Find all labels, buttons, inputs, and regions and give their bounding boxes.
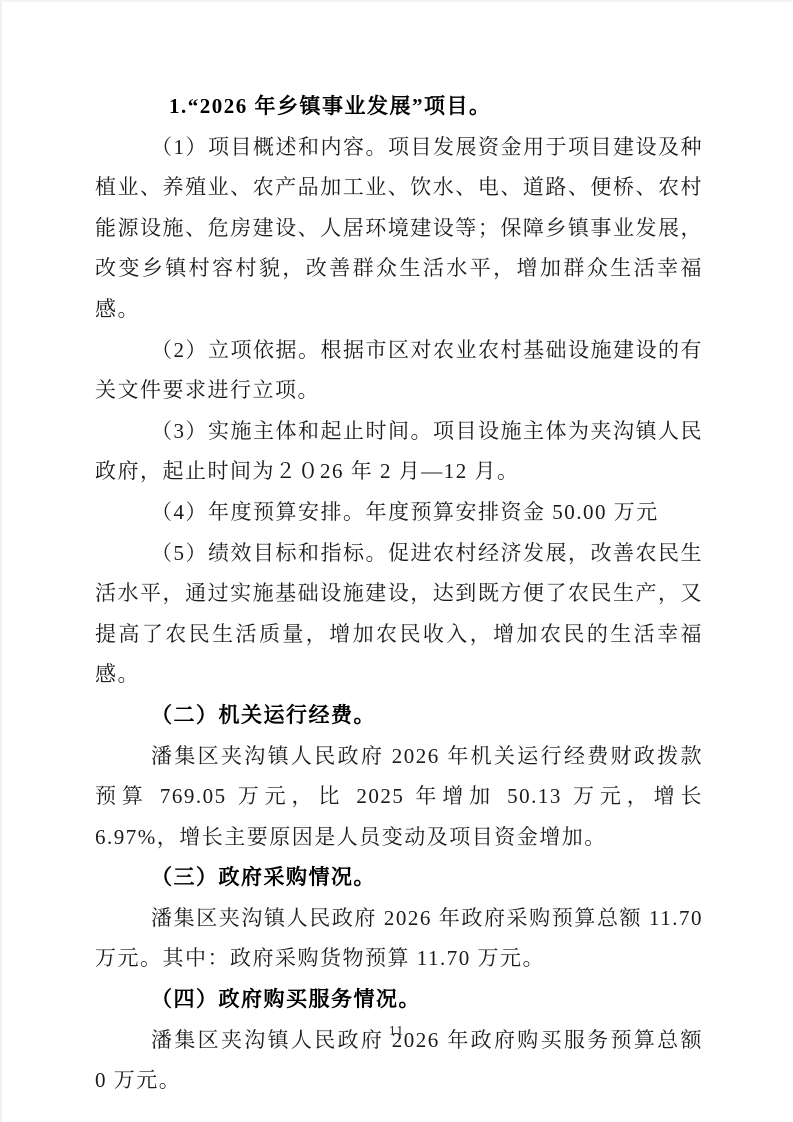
paragraph-annual-budget: （4）年度预算安排。年度预算安排资金 50.00 万元 <box>95 492 703 533</box>
page-number: 11 <box>0 1024 793 1040</box>
paragraph-government-procurement: 潘集区夹沟镇人民政府 2026 年政府采购预算总额 11.70 万元。其中：政府… <box>95 898 703 979</box>
heading-government-procurement: （三）政府采购情况。 <box>95 857 703 898</box>
paragraph-performance-goals: （5）绩效目标和指标。促进农村经济发展，改善农民生活水平，通过实施基础设施建设，… <box>95 533 703 695</box>
paragraph-project-implementer: （3）实施主体和起止时间。项目设施主体为夹沟镇人民政府，起止时间为２０26 年 … <box>95 411 703 492</box>
heading-project-2026: 1.“2026 年乡镇事业发展”项目。 <box>95 86 703 127</box>
paragraph-project-overview: （1）项目概述和内容。项目发展资金用于项目建设及种植业、养殖业、农产品加工业、饮… <box>95 127 703 330</box>
heading-purchased-services: （四）政府购买服务情况。 <box>95 979 703 1020</box>
document-page: 1.“2026 年乡镇事业发展”项目。 （1）项目概述和内容。项目发展资金用于项… <box>0 0 793 1122</box>
document-body: 1.“2026 年乡镇事业发展”项目。 （1）项目概述和内容。项目发展资金用于项… <box>95 86 703 1101</box>
paragraph-operating-expenses: 潘集区夹沟镇人民政府 2026 年机关运行经费财政拨款预算 769.05 万元，… <box>95 736 703 858</box>
heading-operating-expenses: （二）机关运行经费。 <box>95 695 703 736</box>
paragraph-project-basis: （2）立项依据。根据市区对农业农村基础设施建设的有关文件要求进行立项。 <box>95 330 703 411</box>
